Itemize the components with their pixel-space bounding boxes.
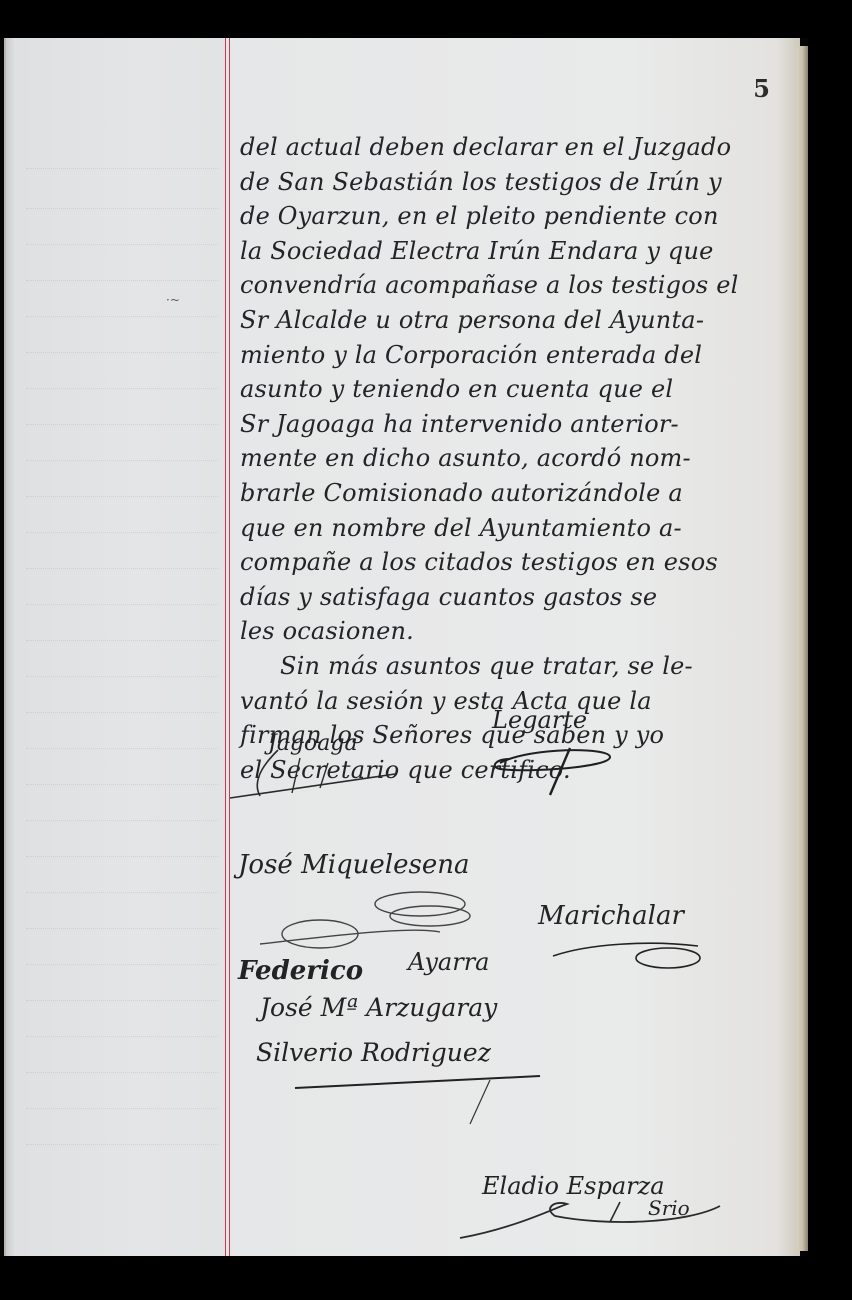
- text-line: compañe a los citados testigos en esos: [240, 545, 788, 580]
- signature-underline: [250, 1068, 570, 1128]
- text-line: convendría acompañase a los testigos el: [240, 268, 788, 303]
- signature-flourish: [230, 738, 410, 808]
- left-page-bleedthrough: ·~: [4, 38, 228, 1256]
- red-margin-rule: [225, 38, 230, 1256]
- minutes-body-text: del actual deben declarar en el Juzgado …: [240, 130, 788, 787]
- text-line: mente en dicho asunto, acordó nom-: [240, 441, 788, 476]
- marginal-mark: ·~: [166, 293, 180, 307]
- signature-arzugaray: José Mª Arzugaray: [260, 993, 497, 1022]
- right-page: 5 del actual deben declarar en el Juzgad…: [230, 38, 800, 1256]
- text-line: Sin más asuntos que tratar, se le-: [240, 649, 788, 684]
- signature-flourish: [548, 936, 708, 981]
- signature-flourish: [490, 733, 630, 803]
- text-line: días y satisfaga cuantos gastos se: [240, 580, 788, 615]
- text-line: de San Sebastián los testigos de Irún y: [240, 165, 788, 200]
- page-number: 5: [753, 74, 770, 103]
- signature-flourish: [455, 1198, 735, 1248]
- signature-marichalar: Marichalar: [538, 901, 684, 931]
- signature-miquelesena: José Miquelesena: [238, 850, 469, 880]
- text-line: miento y la Corporación enterada del: [240, 338, 788, 373]
- text-line: que en nombre del Ayuntamiento a-: [240, 511, 788, 546]
- signature-esparza: Eladio Esparza: [482, 1172, 665, 1200]
- signature-ayarra: Ayarra: [408, 948, 489, 976]
- text-line: brarle Comisionado autorizándole a: [240, 476, 788, 511]
- text-line: asunto y teniendo en cuenta que el: [240, 372, 788, 407]
- text-line: les ocasionen.: [240, 614, 788, 649]
- text-line: Sr Jagoaga ha intervenido anterior-: [240, 407, 788, 442]
- page-stack-edge: [797, 46, 808, 1251]
- text-line: de Oyarzun, en el pleito pendiente con: [240, 199, 788, 234]
- text-line: la Sociedad Electra Irún Endara y que: [240, 234, 788, 269]
- text-line: del actual deben declarar en el Juzgado: [240, 130, 788, 165]
- signature-rodriguez: Silverio Rodriguez: [256, 1038, 491, 1067]
- ledger-book: ·~ 5 del actual deben declarar en el Juz…: [0, 38, 808, 1256]
- signature-federico: Federico: [238, 956, 363, 986]
- text-line: Sr Alcalde u otra persona del Ayunta-: [240, 303, 788, 338]
- signature-legarte: Legarte: [492, 706, 587, 734]
